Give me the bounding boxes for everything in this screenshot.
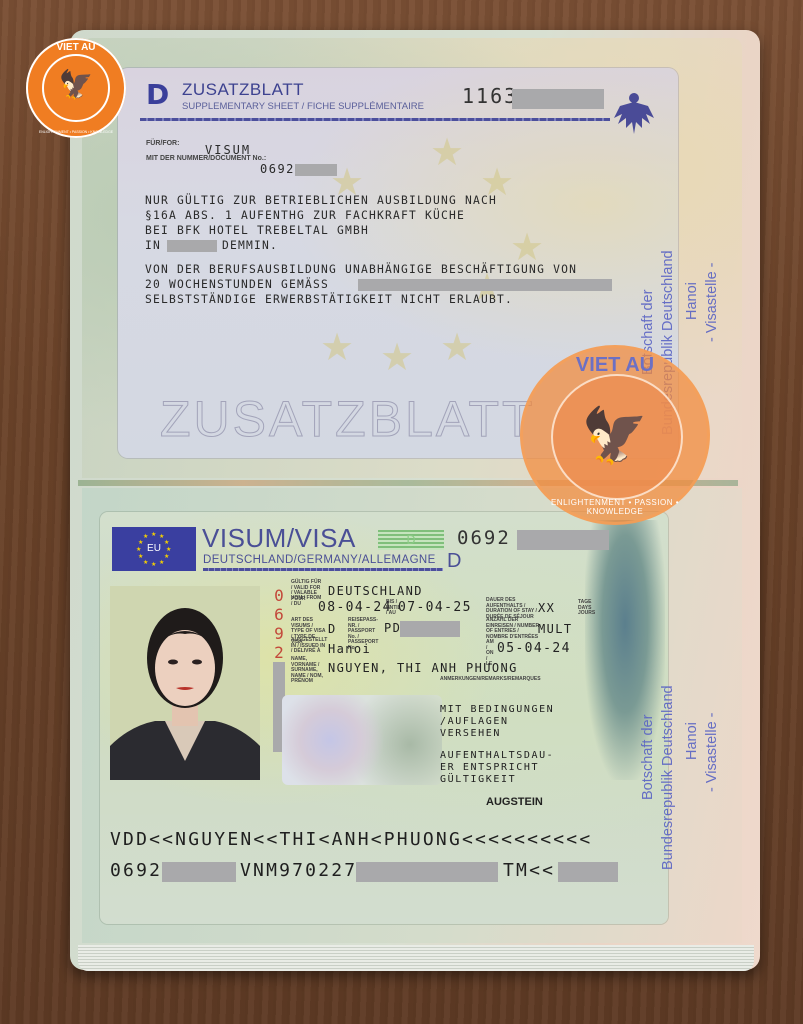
redaction-bar [356, 862, 498, 882]
star-icon: ★ [430, 130, 464, 174]
redaction-bar [295, 164, 337, 176]
eu-flag-icon: ★★★★ ★★★★ ★★★★ EU [112, 527, 196, 571]
visa-country-letter: D [447, 550, 461, 573]
remarks-line: SELBSTSTÄNDIGE ERWERBSTÄTIGKEIT NICHT ER… [145, 293, 513, 308]
microtext-rule [203, 568, 443, 571]
star-icon: ★ [440, 325, 474, 369]
remarks-line: NUR GÜLTIG ZUR BETRIEBLICHEN AUSBILDUNG … [145, 194, 497, 209]
redaction-bar [517, 530, 609, 550]
field-visa-type: D [328, 622, 337, 636]
field-until: 07-04-25 [398, 600, 472, 615]
document-number: 0692 [260, 162, 295, 176]
stamp-motto: ENLIGHTENMENT • PASSION • KNOWLEDGE [523, 498, 707, 516]
redaction-bar [558, 862, 618, 882]
field-valid-for: DEUTSCHLAND [328, 584, 423, 598]
field-from: 08-04-24 [318, 600, 392, 615]
hologram [282, 695, 442, 785]
passport-page-edges [78, 945, 754, 971]
vertical-digit: 9 [271, 624, 287, 643]
remarks-line: §16A ABS. 1 AUFENTHG ZUR FACHKRAFT KÜCHE [145, 209, 465, 224]
logo-brand-name: VIET AU [26, 42, 126, 53]
visa-remark-line: GÜLTIGKEIT [440, 774, 516, 785]
eu-label: EU [112, 527, 196, 571]
visa-number: 0692 [457, 527, 511, 549]
redaction-bar [358, 279, 612, 291]
embassy-stamp-line: Bundesrepublik Deutschland [660, 685, 676, 870]
embassy-stamp-line: - Visastelle - [704, 712, 720, 792]
sheet-number: 1163 [462, 84, 518, 108]
embassy-stamp-line: Hanoi [684, 722, 700, 760]
logo-motto: ENLIGHTENMENT • PASSION • KNOWLEDGE [26, 130, 126, 134]
star-icon: ★ [380, 335, 414, 379]
visa-remark-line: /AUFLAGEN [440, 716, 509, 727]
embassy-stamp-line: Hanoi [684, 282, 700, 320]
field-duration: XX [538, 601, 555, 615]
country-code: D [146, 80, 174, 110]
remarks-line: IN [145, 239, 161, 254]
mrz-line-2-part: TM<< [503, 860, 555, 881]
field-label-remarks: ANMERKUNGEN/REMARKS/REMARQUES [440, 677, 540, 683]
field-label-issued-in: AUSGESTELLT IN / ISSUED IN / DÉLIVRÉ À [291, 638, 327, 655]
stamp-brand-name: VIET AU [523, 354, 707, 377]
visa-remark-line: ER ENTSPRICHT [440, 762, 539, 773]
vertical-digit: 6 [271, 605, 287, 624]
sheet-watermark: ZUSATZBLATT [160, 390, 536, 448]
remarks-line: DEMMIN. [222, 239, 278, 254]
guilloche-d-icon: D [378, 530, 444, 550]
sheet-title: ZUSATZBLATT [182, 80, 304, 100]
viet-au-logo: VIET AU 🦅 ENLIGHTENMENT • PASSION • KNOW… [26, 38, 126, 138]
field-label-entries: ANZAHL DER EINREISEN / NUMBER OF ENTRIES… [486, 618, 542, 640]
field-label-until: BIS / UNTIL / AU [386, 600, 398, 617]
remarks-line: BEI BFK HOTEL TREBELTAL GMBH [145, 224, 369, 239]
redaction-bar [512, 89, 604, 109]
viet-au-watermark-stamp: VIET AU 🦅 ENLIGHTENMENT • PASSION • KNOW… [520, 345, 710, 525]
remarks-line: 20 WOCHENSTUNDEN GEMÄSS [145, 278, 329, 293]
redaction-bar [400, 621, 460, 637]
holder-photo [110, 586, 260, 780]
sheet-subtitle: SUPPLEMENTARY SHEET / FICHE SUPPLÉMENTAI… [182, 101, 424, 112]
redaction-bar [162, 862, 236, 882]
embassy-stamp-line: Botschaft der [640, 715, 656, 800]
mrz-line-1: VDD<<NGUYEN<<THI<ANH<PHUONG<<<<<<<<<< [110, 829, 592, 850]
eagle-crown-icon: 🦅 [523, 404, 707, 468]
visa-remark-line: MIT BEDINGUNGEN [440, 704, 554, 715]
for-label: FÜR/FOR: [146, 140, 179, 147]
document-number-label: MIT DER NUMMER/DOCUMENT No.: [146, 155, 266, 162]
redaction-bar [167, 240, 217, 252]
embassy-stamp-line: - Visastelle - [704, 262, 720, 342]
mrz-line-2-part: 0692 [110, 860, 162, 881]
mrz-line-2-part: VNM970227 [240, 860, 357, 881]
visa-remark-line: VERSEHEN [440, 728, 501, 739]
vertical-digit: 2 [271, 643, 287, 662]
field-passport-no: PD [384, 621, 401, 635]
signature-name: AUGSTEIN [486, 796, 543, 808]
field-name: NGUYEN, THI ANH PHUONG [328, 661, 518, 675]
remarks-line: VON DER BERUFSAUSBILDUNG UNABHÄNGIGE BES… [145, 263, 577, 278]
field-duration-unit: TAGE DAYS JOURS [578, 600, 594, 617]
field-issued-on: 05-04-24 [497, 641, 571, 656]
visa-remark-line: AUFENTHALTSDAU- [440, 750, 554, 761]
vertical-digit: 0 [271, 586, 287, 605]
star-icon: ★ [320, 325, 354, 369]
vertical-visa-number: 0 6 9 2 [271, 586, 287, 662]
field-entries: MULT [538, 622, 573, 636]
field-issued-in: Hanoi [328, 642, 371, 656]
federal-eagle-icon [612, 90, 656, 136]
visa-subtitle: DEUTSCHLAND/GERMANY/ALLEMAGNE [203, 554, 436, 566]
field-label-name: NAME, VORNAME / SURNAME, NAME / NOM, PRÉ… [291, 657, 327, 685]
microtext-rule [140, 118, 610, 121]
visa-title: VISUM/VISA [202, 523, 356, 554]
eagle-crown-icon: 🦅 [26, 68, 126, 101]
